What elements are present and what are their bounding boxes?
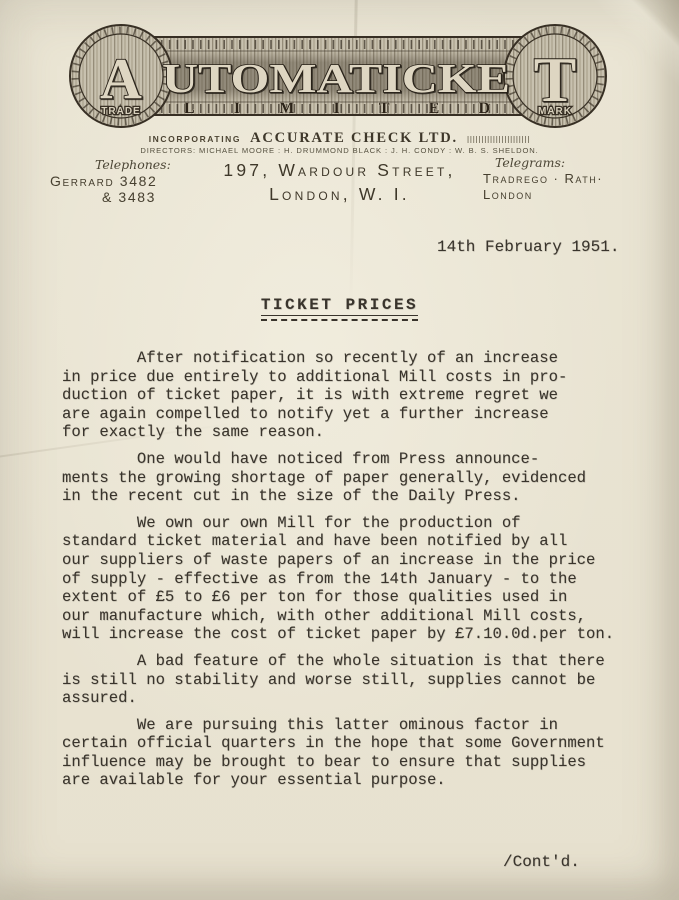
letter-body: After notification so recently of an inc… — [62, 349, 657, 798]
brand-letters-middle: UTOMATICKE — [162, 55, 510, 101]
letter-title-row: TICKET PRICES — [0, 296, 679, 321]
automaticket-logo: A UTOMATICKE T LIMITED TRADE MARK — [64, 22, 612, 130]
ticket-badge-icon: A UTOMATICKE T LIMITED TRADE MARK — [64, 22, 612, 130]
letter-date: 14th February 1951. — [437, 238, 619, 256]
telegrams-label: Telegrams: — [495, 155, 663, 170]
paragraph: One would have noticed from Press announ… — [62, 450, 657, 506]
letter-page: A UTOMATICKE T LIMITED TRADE MARK INCORP… — [0, 0, 679, 900]
letter-title: TICKET PRICES — [261, 296, 418, 316]
title-dashed-underline — [261, 319, 418, 321]
paragraph: We own our own Mill for the production o… — [62, 514, 657, 644]
incorporating-label: INCORPORATING — [149, 134, 241, 144]
telegrams-block: Telegrams: Tradrego · Rath· London — [483, 155, 663, 202]
brand-letter-t: T — [534, 44, 577, 115]
paragraph: A bad feature of the whole situation is … — [62, 652, 657, 708]
incorporating-line: INCORPORATING ACCURATE CHECK LTD. ||||||… — [0, 130, 679, 147]
continuation-note: /Cont'd. — [503, 853, 580, 871]
trade-text: TRADE — [101, 106, 140, 117]
paragraph: We are pursuing this latter ominous fact… — [62, 716, 657, 790]
telegram-address-2: London — [483, 187, 663, 202]
paragraph: After notification so recently of an inc… — [62, 349, 657, 442]
telegram-address-1: Tradrego · Rath· — [483, 171, 663, 186]
perforation-marks-icon: |||||||||||||||||||||| — [467, 135, 530, 143]
brand-letter-a: A — [100, 46, 142, 111]
accurate-check-name: ACCURATE CHECK LTD. — [250, 130, 458, 147]
mark-text: MARK — [538, 106, 572, 117]
directors-line: DIRECTORS: MICHAEL MOORE : H. DRUMMOND B… — [0, 146, 679, 155]
